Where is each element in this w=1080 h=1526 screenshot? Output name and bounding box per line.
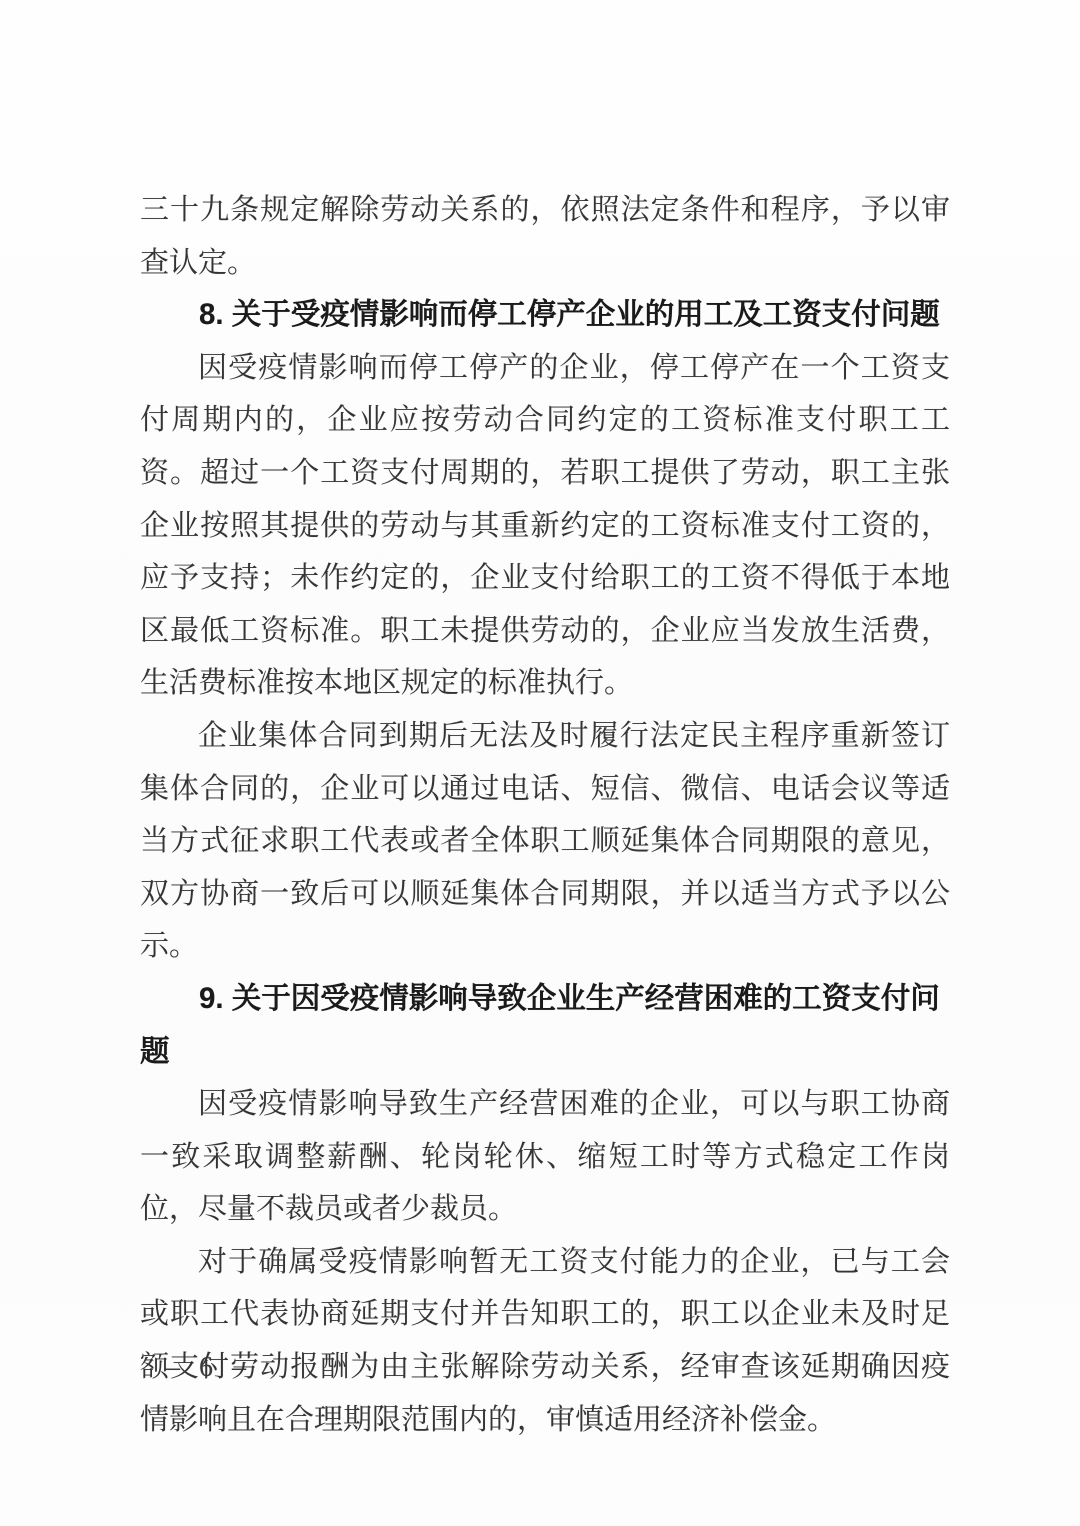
paragraph: 因受疫情影响而停工停产的企业，停工停产在一个工资支付周期内的，企业应按劳动合同约… [140, 342, 950, 710]
document-page: 三十九条规定解除劳动关系的，依照法定条件和程序，予以审查认定。8. 关于受疫情影… [0, 0, 1080, 1526]
page-footer: – 6 – [166, 1352, 252, 1384]
paragraph: 因受疫情影响导致生产经营困难的企业，可以与职工协商一致采取调整薪酬、轮岗轮休、缩… [140, 1078, 950, 1236]
paragraph: 对于确属受疫情影响暂无工资支付能力的企业，已与工会或职工代表协商延期支付并告知职… [140, 1236, 950, 1446]
paragraph: 三十九条规定解除劳动关系的，依照法定条件和程序，予以审查认定。 [140, 184, 950, 289]
document-body: 三十九条规定解除劳动关系的，依照法定条件和程序，予以审查认定。8. 关于受疫情影… [140, 184, 950, 1446]
section-heading: 9. 关于因受疫情影响导致企业生产经营困难的工资支付问题 [140, 973, 950, 1078]
page-number: – 6 – [166, 1352, 252, 1383]
section-heading: 8. 关于受疫情影响而停工停产企业的用工及工资支付问题 [140, 289, 950, 342]
paragraph: 企业集体合同到期后无法及时履行法定民主程序重新签订集体合同的，企业可以通过电话、… [140, 710, 950, 973]
